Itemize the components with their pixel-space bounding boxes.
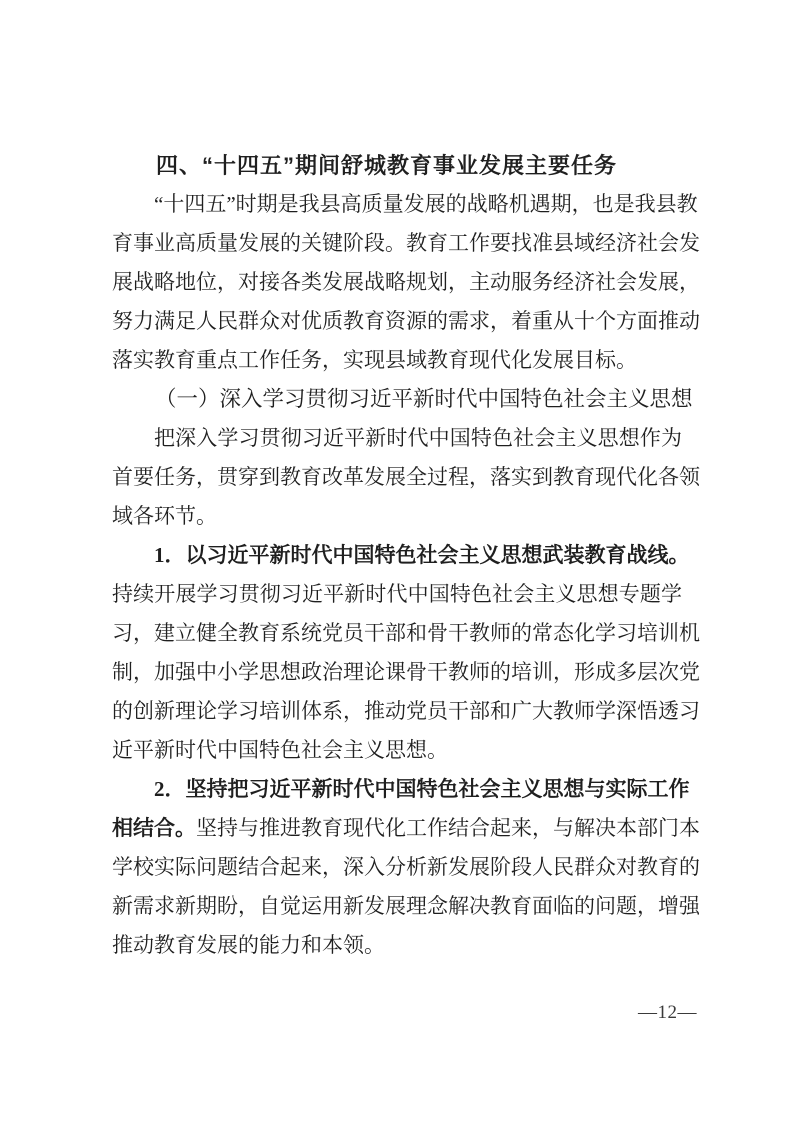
document-content: 四、“十四五”期间舒城教育事业发展主要任务“十四五”时期是我县高质量发展的战略机… <box>112 146 682 965</box>
document-page: 四、“十四五”期间舒城教育事业发展主要任务“十四五”时期是我县高质量发展的战略机… <box>0 0 793 1122</box>
text-line: 首要任务，贯穿到教育改革发展全过程，落实到教育现代化各领 <box>112 458 682 497</box>
line-text: 习，建立健全教育系统党员干部和骨干教师的常态化学习培训机 <box>112 621 700 645</box>
numbered-paragraph-2: 2．坚持把习近平新时代中国特色社会主义思想与实际工作相结合。坚持与推进教育现代化… <box>112 770 682 965</box>
line-text: 推动教育发展的能力和本领。 <box>112 933 385 957</box>
text-line: “十四五”时期是我县高质量发展的战略机遇期，也是我县教 <box>112 185 682 224</box>
text-line: 展战略地位，对接各类发展战略规划，主动服务经济社会发展， <box>112 263 682 302</box>
line-text: （一）深入学习贯彻习近平新时代中国特色社会主义思想 <box>155 387 693 411</box>
text-line: 的创新理论学习培训体系，推动党员干部和广大教师学深悟透习 <box>112 692 682 731</box>
line-text: 的创新理论学习培训体系，推动党员干部和广大教师学深悟透习 <box>112 699 700 723</box>
line-text: “十四五”时期是我县高质量发展的战略机遇期，也是我县教 <box>154 192 698 216</box>
line-text: 首要任务，贯穿到教育改革发展全过程，落实到教育现代化各领 <box>112 465 700 489</box>
bold-lead: 1．以习近平新时代中国特色社会主义思想武装教育战线。 <box>154 543 690 567</box>
text-line: 推动教育发展的能力和本领。 <box>112 926 682 965</box>
numbered-paragraph-1: 1．以习近平新时代中国特色社会主义思想武装教育战线。持续开展学习贯彻习近平新时代… <box>112 536 682 770</box>
line-text: 育事业高质量发展的关键阶段。教育工作要找准县域经济社会发 <box>112 231 700 255</box>
intro-paragraph: “十四五”时期是我县高质量发展的战略机遇期，也是我县教育事业高质量发展的关键阶段… <box>112 185 682 380</box>
line-text: 坚持与推进教育现代化工作结合起来，与解决本部门本 <box>196 816 700 840</box>
bold-lead: 2．坚持把习近平新时代中国特色社会主义思想与实际工作 <box>154 777 690 801</box>
text-line: 持续开展学习贯彻习近平新时代中国特色社会主义思想专题学 <box>112 575 682 614</box>
line-text: 持续开展学习贯彻习近平新时代中国特色社会主义思想专题学 <box>112 582 682 606</box>
text-line: 制，加强中小学思想政治理论课骨干教师的培训，形成多层次党 <box>112 653 682 692</box>
text-line: 落实教育重点工作任务，实现县域教育现代化发展目标。 <box>112 341 682 380</box>
text-line: 近平新时代中国特色社会主义思想。 <box>112 731 682 770</box>
line-text: 域各环节。 <box>112 504 217 528</box>
line-text: 展战略地位，对接各类发展战略规划，主动服务经济社会发展， <box>112 270 700 294</box>
line-text: 学校实际问题结合起来，深入分析新发展阶段人民群众对教育的 <box>112 855 700 879</box>
text-line: 努力满足人民群众对优质教育资源的需求，着重从十个方面推动 <box>112 302 682 341</box>
text-line: 育事业高质量发展的关键阶段。教育工作要找准县域经济社会发 <box>112 224 682 263</box>
line-text: 新需求新期盼，自觉运用新发展理念解决教育面临的问题，增强 <box>112 894 700 918</box>
page-number: —12— <box>638 1002 697 1024</box>
line-text: 落实教育重点工作任务，实现县域教育现代化发展目标。 <box>112 348 637 372</box>
subsection-heading: （一）深入学习贯彻习近平新时代中国特色社会主义思想 <box>112 380 682 419</box>
section-heading: 四、“十四五”期间舒城教育事业发展主要任务 <box>112 146 682 185</box>
line-text: 制，加强中小学思想政治理论课骨干教师的培训，形成多层次党 <box>112 660 700 684</box>
line-text: 近平新时代中国特色社会主义思想。 <box>112 738 448 762</box>
line-text: 把深入学习贯彻习近平新时代中国特色社会主义思想作为 <box>154 426 682 450</box>
bold-lead: 相结合。 <box>112 816 196 840</box>
text-line: （一）深入学习贯彻习近平新时代中国特色社会主义思想 <box>112 380 682 419</box>
text-line: 2．坚持把习近平新时代中国特色社会主义思想与实际工作 <box>112 770 682 809</box>
text-line: 习，建立健全教育系统党员干部和骨干教师的常态化学习培训机 <box>112 614 682 653</box>
text-line: 相结合。坚持与推进教育现代化工作结合起来，与解决本部门本 <box>112 809 682 848</box>
text-line: 1．以习近平新时代中国特色社会主义思想武装教育战线。 <box>112 536 682 575</box>
text-line: 把深入学习贯彻习近平新时代中国特色社会主义思想作为 <box>112 419 682 458</box>
text-line: 域各环节。 <box>112 497 682 536</box>
paragraph-first-task-intro: 把深入学习贯彻习近平新时代中国特色社会主义思想作为首要任务，贯穿到教育改革发展全… <box>112 419 682 536</box>
line-text: 四、“十四五”期间舒城教育事业发展主要任务 <box>156 153 617 178</box>
text-line: 新需求新期盼，自觉运用新发展理念解决教育面临的问题，增强 <box>112 887 682 926</box>
text-line: 四、“十四五”期间舒城教育事业发展主要任务 <box>112 146 682 185</box>
text-line: 学校实际问题结合起来，深入分析新发展阶段人民群众对教育的 <box>112 848 682 887</box>
line-text: 努力满足人民群众对优质教育资源的需求，着重从十个方面推动 <box>112 309 700 333</box>
